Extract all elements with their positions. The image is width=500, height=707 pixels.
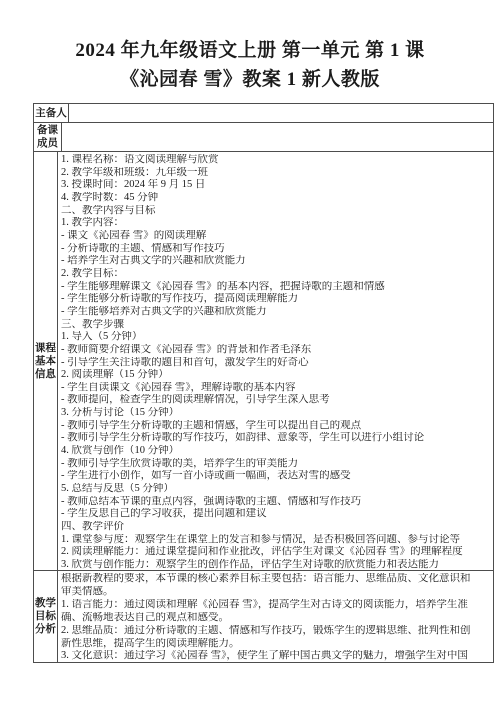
content-line: - 教师提问，检查学生的阅读理解情况，引导学生深入思考 xyxy=(61,394,491,407)
content-line: 5. 总结与反思（5 分钟） xyxy=(61,483,491,496)
document-page: 2024 年九年级语文上册 第一单元 第 1 课 《沁园春 雪》教案 1 新人教… xyxy=(0,0,500,707)
content-line: 1. 语言能力：通过阅读和理解《沁园春 雪》，提高学生对古诗文的阅读能力，培养学… xyxy=(61,599,491,612)
row-header-cell: 课程基本信息 xyxy=(34,152,58,570)
content-line: 2. 思维品质：通过分析诗歌的主题、情感和写作技巧，锻炼学生的逻辑思维、批判性和… xyxy=(61,625,491,638)
lesson-plan-table: 主备人备课成员课程基本信息1. 课程名称：语文阅读理解与欣赏2. 教学年级和班级… xyxy=(33,103,494,663)
content-line: 三、教学步骤 xyxy=(61,319,491,332)
content-line: - 引导学生关注诗歌的题目和首句，激发学生的好奇心 xyxy=(61,357,491,370)
content-line: 1. 导入（5 分钟） xyxy=(61,331,491,344)
content-line: - 学生进行小创作，如写一首小诗或画一幅画，表达对雪的感受 xyxy=(61,470,491,483)
content-line: 2. 阅读理解能力：通过课堂提问和作业批改，评估学生对课文《沁园春 雪》的理解程… xyxy=(61,546,491,559)
content-line: 新性思维，提高学生的阅读理解能力。 xyxy=(61,638,491,651)
row-prep-team-members: 备课成员 xyxy=(34,122,493,151)
content-line: - 课文《沁园春 雪》的阅读理解 xyxy=(61,230,491,243)
content-line: 3. 文化意识：通过学习《沁园春 雪》，使学生了解中国古典文学的魅力，增强学生对… xyxy=(61,650,491,662)
content-line: 4. 欣赏与创作（10 分钟） xyxy=(61,445,491,458)
content-line: 确、流畅地表达自己的观点和感受。 xyxy=(61,612,491,625)
content-line: 审美情感。 xyxy=(61,586,491,599)
content-line: - 学生能够理解课文《沁园春 雪》的基本内容，把握诗歌的主题和情感 xyxy=(61,281,491,294)
content-line: - 教师引导学生分析诗歌的主题和情感，学生可以提出自己的观点 xyxy=(61,420,491,433)
row-content-cell xyxy=(62,123,493,151)
row-content-cell: 根据新教程的要求，本节课的核心素养目标主要包括：语言能力、思维品质、文化意识和审… xyxy=(58,571,493,662)
content-line: 1. 教学内容： xyxy=(61,217,491,230)
content-line: - 学生能够培养对古典文学的兴趣和欣赏能力 xyxy=(61,306,491,319)
title-line-2: 《沁园春 雪》教案 1 新人教版 xyxy=(0,65,500,94)
content-line: 2. 教学年级和班级：九年级一班 xyxy=(61,167,491,180)
row-header-cell: 教学目标分析 xyxy=(34,571,58,662)
content-line: 2. 阅读理解（15 分钟） xyxy=(61,369,491,382)
content-line: - 教师引导学生分析诗歌的写作技巧，如韵律、意象等，学生可以进行小组讨论 xyxy=(61,432,491,445)
content-line: 2. 教学目标： xyxy=(61,268,491,281)
document-title: 2024 年九年级语文上册 第一单元 第 1 课 《沁园春 雪》教案 1 新人教… xyxy=(0,36,500,94)
content-line: 1. 课堂参与度：观察学生在课堂上的发言和参与情况，是否积极回答问题、参与讨论等 xyxy=(61,534,491,547)
content-line: 3. 分析与讨论（15 分钟） xyxy=(61,407,491,420)
content-line: - 教师总结本节课的重点内容，强调诗歌的主题、情感和写作技巧 xyxy=(61,496,491,509)
content-line: - 培养学生对古典文学的兴趣和欣赏能力 xyxy=(61,255,491,268)
content-line: - 教师简要介绍课文《沁园春 雪》的背景和作者毛泽东 xyxy=(61,344,491,357)
row-header-cell: 备课成员 xyxy=(34,123,62,151)
title-line-1: 2024 年九年级语文上册 第一单元 第 1 课 xyxy=(0,36,500,65)
row-header-cell: 主备人 xyxy=(34,104,69,122)
content-line: 根据新教程的要求，本节课的核心素养目标主要包括：语言能力、思维品质、文化意识和 xyxy=(61,573,491,586)
content-line: 3. 欣赏与创作能力：观察学生的创作作品，评估学生对诗歌的欣赏能力和表达能力 xyxy=(61,559,491,570)
content-line: - 教师引导学生欣赏诗歌的美，培养学生的审美能力 xyxy=(61,458,491,471)
content-line: 3. 授课时间：2024 年 9 月 15 日 xyxy=(61,179,491,192)
content-line: 1. 课程名称：语文阅读理解与欣赏 xyxy=(61,154,491,167)
row-content-cell: 1. 课程名称：语文阅读理解与欣赏2. 教学年级和班级：九年级一班3. 授课时间… xyxy=(58,152,493,570)
content-line: 4. 教学时数：45 分钟 xyxy=(61,192,491,205)
row-course-basic-info: 课程基本信息1. 课程名称：语文阅读理解与欣赏2. 教学年级和班级：九年级一班3… xyxy=(34,151,493,570)
row-teaching-objective-analysis: 教学目标分析根据新教程的要求，本节课的核心素养目标主要包括：语言能力、思维品质、… xyxy=(34,570,493,662)
row-content-cell xyxy=(69,104,493,122)
content-line: - 学生自读课文《沁园春 雪》，理解诗歌的基本内容 xyxy=(61,382,491,395)
content-line: - 学生能够分析诗歌的写作技巧，提高阅读理解能力 xyxy=(61,293,491,306)
content-line: 四、教学评价 xyxy=(61,521,491,534)
row-main-preparer: 主备人 xyxy=(34,104,493,122)
content-line: 二、教学内容与目标 xyxy=(61,205,491,218)
content-line: - 分析诗歌的主题、情感和写作技巧 xyxy=(61,243,491,256)
content-line: - 学生反思自己的学习收获，提出问题和建议 xyxy=(61,508,491,521)
